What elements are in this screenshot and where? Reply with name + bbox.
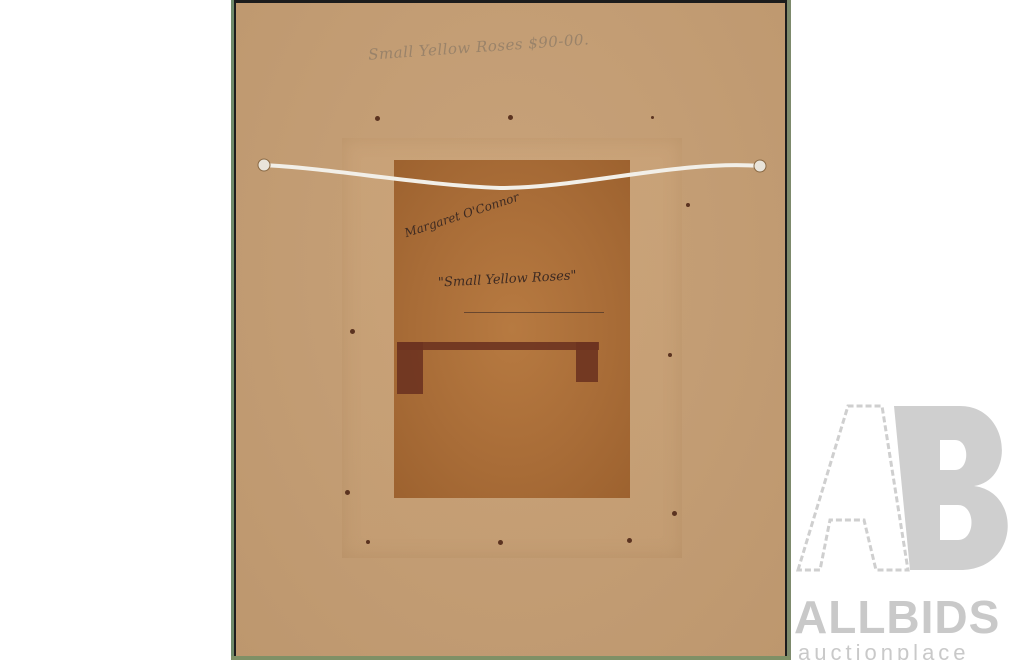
watermark-tagline: auctionplace [798, 640, 970, 660]
allbids-logo-icon [790, 400, 1024, 580]
cord-hook-left [258, 159, 270, 171]
cord-hook-right [754, 160, 766, 172]
allbids-watermark: ALLBIDS auctionplace [790, 400, 1024, 660]
watermark-brand: ALLBIDS [794, 590, 1000, 644]
